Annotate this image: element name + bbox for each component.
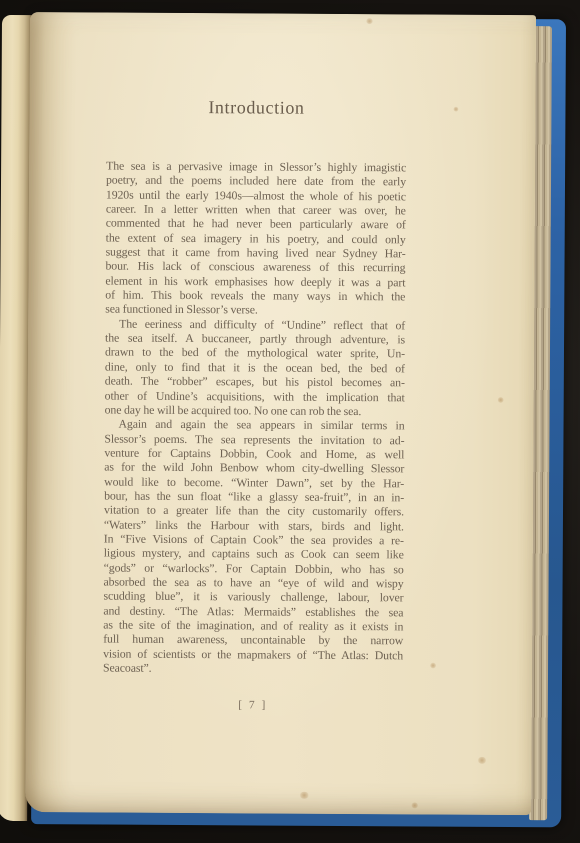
body-paragraphs: The sea is a pervasive image in Slessor’… bbox=[103, 159, 406, 677]
text-line: bour. His lack of conscious awareness of… bbox=[105, 259, 405, 275]
text-line: Seacoast”. bbox=[103, 661, 403, 677]
foxing-spot bbox=[430, 663, 436, 669]
paragraph: The sea is a pervasive image in Slessor’… bbox=[105, 159, 406, 319]
text-line: poetry, and the poems included here date… bbox=[106, 173, 406, 189]
text-block: Introduction The sea is a pervasive imag… bbox=[102, 13, 407, 815]
text-line: full human awareness, uncontainable by t… bbox=[103, 632, 403, 648]
foxing-spot bbox=[477, 757, 486, 764]
text-line: as for the wild John Benbow whom city-dw… bbox=[104, 460, 404, 476]
text-line: Again and again the sea appears in simil… bbox=[104, 417, 404, 433]
text-line: vitation to a greater life than the city… bbox=[104, 503, 404, 519]
page-title: Introduction bbox=[106, 97, 406, 120]
text-line: drawn to the bed of the mythological wat… bbox=[105, 345, 405, 361]
paragraph: Again and again the sea appears in simil… bbox=[103, 417, 405, 677]
text-line: ligious mystery, and captains such as Co… bbox=[104, 546, 404, 562]
foxing-spot bbox=[453, 107, 458, 112]
paragraph: The eeriness and difficulty of “Undine” … bbox=[105, 316, 406, 418]
foxing-spot bbox=[411, 802, 418, 808]
text-line: death. The “robber” escapes, but his pis… bbox=[105, 374, 405, 390]
foxing-spot bbox=[498, 397, 504, 403]
text-line: commented that he had never been particu… bbox=[106, 216, 406, 232]
page-number: [ 7 ] bbox=[103, 699, 403, 713]
text-line: sea functioned in Slessor’s verse. bbox=[105, 302, 405, 318]
photo-background: { "book": { "cover_color": "#2d63a6", "p… bbox=[0, 0, 580, 843]
book-page: Introduction The sea is a pervasive imag… bbox=[25, 12, 536, 815]
text-line: scudding blue”, it is variously challeng… bbox=[103, 589, 403, 605]
book: Introduction The sea is a pervasive imag… bbox=[0, 0, 580, 843]
text-line: other of Undine’s acquisitions, with the… bbox=[105, 388, 405, 404]
